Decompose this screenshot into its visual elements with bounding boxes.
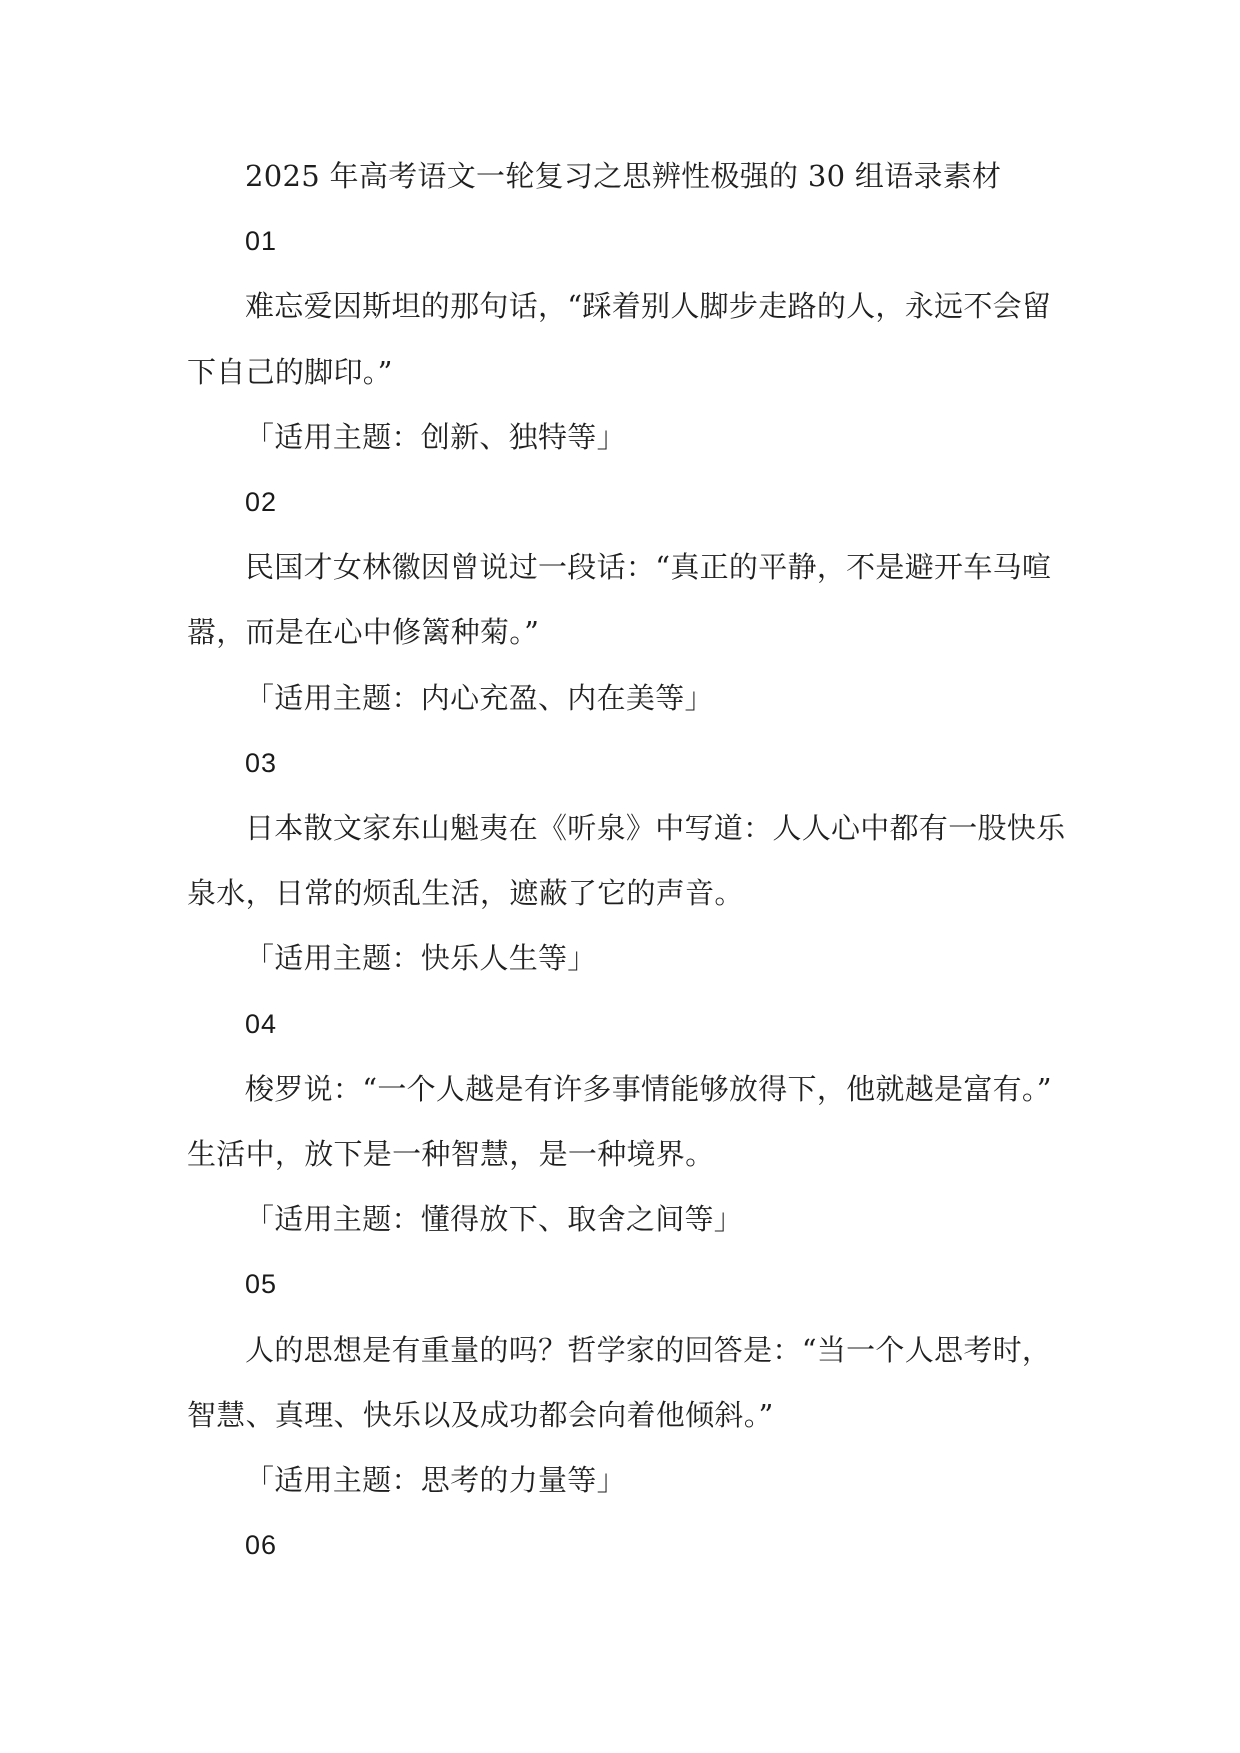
quote-line: 下自己的脚印。” <box>187 340 1080 405</box>
section-number-03: 03 <box>187 731 1080 796</box>
quote-line: 泉水，日常的烦乱生活，遮蔽了它的声音。 <box>187 861 1080 926</box>
section-number-06: 06 <box>187 1513 1080 1578</box>
quote-line: 生活中，放下是一种智慧，是一种境界。 <box>187 1122 1080 1187</box>
section-number-02: 02 <box>187 470 1080 535</box>
quote-line: 智慧、真理、快乐以及成功都会向着他倾斜。” <box>187 1383 1080 1448</box>
quote-line: 嚣，而是在心中修篱种菊。” <box>187 600 1080 665</box>
theme-line: 「适用主题：创新、独特等」 <box>187 405 1080 470</box>
theme-line: 「适用主题：快乐人生等」 <box>187 926 1080 991</box>
quote-line: 日本散文家东山魁夷在《听泉》中写道：人人心中都有一股快乐 <box>187 796 1080 861</box>
quote-line: 人的思想是有重量的吗？哲学家的回答是：“当一个人思考时， <box>187 1318 1080 1383</box>
quote-line: 梭罗说：“一个人越是有许多事情能够放得下，他就越是富有。” <box>187 1057 1080 1122</box>
section-number-05: 05 <box>187 1252 1080 1317</box>
document-page: 2025 年高考语文一轮复习之思辨性极强的 30 组语录素材 01 难忘爱因斯坦… <box>0 0 1240 1753</box>
doc-title: 2025 年高考语文一轮复习之思辨性极强的 30 组语录素材 <box>187 144 1080 209</box>
theme-line: 「适用主题：内心充盈、内在美等」 <box>187 666 1080 731</box>
theme-line: 「适用主题：思考的力量等」 <box>187 1448 1080 1513</box>
theme-line: 「适用主题：懂得放下、取舍之间等」 <box>187 1187 1080 1252</box>
quote-line: 难忘爱因斯坦的那句话，“踩着别人脚步走路的人，永远不会留 <box>187 274 1080 339</box>
quote-line: 民国才女林徽因曾说过一段话：“真正的平静，不是避开车马喧 <box>187 535 1080 600</box>
section-number-01: 01 <box>187 209 1080 274</box>
section-number-04: 04 <box>187 992 1080 1057</box>
